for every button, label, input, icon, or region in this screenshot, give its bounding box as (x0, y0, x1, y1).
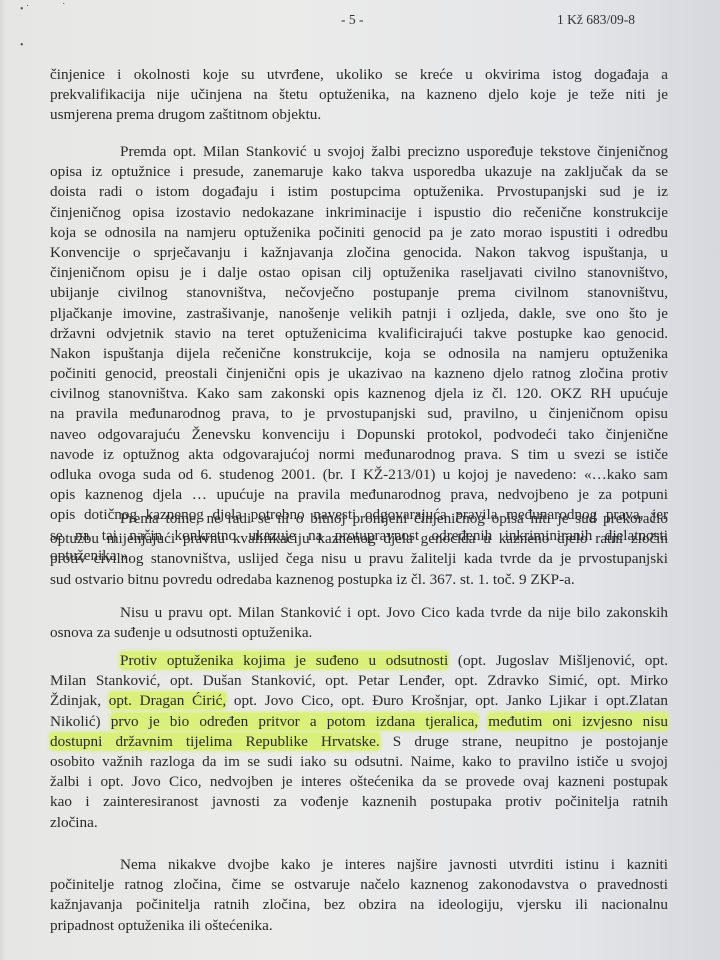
text-line: činjenice i okolnosti koje su utvrđene, … (50, 65, 668, 85)
text-line: opis kaznenog djela … upućuje na pravila… (50, 485, 668, 505)
text-line: žalbi i opt. Jovo Cico, nedvojben je int… (50, 772, 668, 792)
text-line: Ždinjak, opt. Dragan Ćirić, opt. Jovo Ci… (50, 691, 668, 711)
text-line: doista radi o istom događaju i istim pos… (50, 182, 668, 202)
highlighted-text: dostupni državnim tijelima Republike Hrv… (50, 733, 380, 750)
text-line: državni odvjetnik stavio na teret optuže… (50, 324, 668, 344)
paragraph-public-interest: Nema nikakve dvojbe kako je interes najš… (50, 855, 668, 936)
text-line: počinitelje ratnog zločina, čime se ostv… (50, 875, 668, 895)
text-line: Nakon ispuštanja dijela rečenične konstr… (50, 344, 668, 364)
paragraph-defendants-absent: Protiv optuženika kojima je suđeno u ods… (50, 651, 668, 833)
text-line: na pravila međunarodnog prava, to je prv… (50, 404, 668, 424)
text-line: dostupni državnim tijelima Republike Hrv… (50, 732, 668, 752)
paragraph-description-comparison: Premda opt. Milan Stanković u svojoj žal… (50, 142, 668, 566)
text-segment: S druge strane, neupitno je postojanje (380, 733, 668, 750)
highlighted-text: prvo je bio određen pritvor a potom izda… (111, 713, 478, 730)
text-segment: osobito važnih razloga da im se sudi iak… (50, 753, 668, 770)
paragraph-no-essential-change: Prema tome, ne radi se ni o bitnoj promj… (50, 509, 668, 590)
text-line: Milan Stanković, opt. Dušan Stanković, o… (50, 671, 668, 691)
text-line: koja se odnosila na namjeru optuženika p… (50, 223, 668, 243)
text-segment: Milan Stanković, opt. Dušan Stanković, o… (50, 672, 668, 689)
text-line: Protiv optuženika kojima je suđeno u ods… (50, 651, 668, 671)
text-line: činjeničnom opisu je i dalje ostao opisa… (50, 263, 668, 283)
text-segment: (opt. Jugoslav Mišljenović, opt. (448, 652, 668, 669)
text-line: pljačkanje imovine, zastrašivanje, nanoš… (50, 304, 668, 324)
case-number: 1 Kž 683/09-8 (557, 12, 635, 28)
text-segment: Nikolić) (50, 713, 111, 730)
text-segment (478, 713, 488, 730)
text-line: Konvencije o sprječavanju i kažnjavanja … (50, 243, 668, 263)
text-segment: Ždinjak, (50, 692, 109, 709)
text-line: zločina. (50, 813, 668, 833)
text-line: pripadnost optuženika ili oštećenika. (50, 916, 668, 936)
page-number: - 5 - (341, 12, 364, 28)
text-line: Nikolić) prvo je bio određen pritvor a p… (50, 712, 668, 732)
text-line: sud ostvario bitnu povredu odredaba kazn… (50, 570, 668, 590)
text-line: odluka ovoga suda od 6. studenog 2001. (… (50, 465, 668, 485)
text-line: osnova za suđenje u odsutnosti optuženik… (50, 623, 668, 643)
text-line: opisa iz optužnice i presude, zanemaruje… (50, 162, 668, 182)
text-line: činjeničnog opisa izostavio nedokazane i… (50, 203, 668, 223)
paragraph-trial-in-absentia: Nisu u pravu opt. Milan Stanković i opt.… (50, 603, 668, 643)
text-line: ubijanje civilnog stanovništva, nečovječ… (50, 283, 668, 303)
paragraph-continuation: činjenice i okolnosti koje su utvrđene, … (50, 65, 668, 126)
text-line: prekvalifikacija nije učinjena na štetu … (50, 85, 668, 105)
text-line: Nisu u pravu opt. Milan Stanković i opt.… (50, 603, 668, 623)
text-line: navode iz optužnog akta odgovarajućoj no… (50, 445, 668, 465)
page-edge (0, 0, 6, 960)
text-line: Prema tome, ne radi se ni o bitnoj promj… (50, 509, 668, 529)
text-line: kažnjavanja počinitelja ratnih zločina, … (50, 895, 668, 915)
text-line: civilnog stanovništva. Kako sam zakonski… (50, 384, 668, 404)
text-line: Premda opt. Milan Stanković u svojoj žal… (50, 142, 668, 162)
text-line: optužbu mijenjajući pravnu kvalifikaciju… (50, 529, 668, 549)
text-segment: kao i zainteresiranost javnosti za vođen… (50, 793, 668, 810)
text-segment: žalbi i opt. Jovo Cico, nedvojben je int… (50, 773, 668, 790)
text-line: naveo odgovarajuću Ženevsku konvenciju i… (50, 425, 668, 445)
highlighted-text: međutim oni izvjesno nisu (488, 713, 668, 730)
text-line: Nema nikakve dvojbe kako je interes najš… (50, 855, 668, 875)
highlighted-text: Protiv optuženika kojima je suđeno u ods… (120, 652, 448, 669)
page-header: - 5 - 1 Kž 683/09-8 (0, 6, 720, 26)
text-line: počiniti genocid, preostali činjenični o… (50, 364, 668, 384)
highlighted-text: opt. Dragan Ćirić, (109, 692, 226, 709)
text-segment: zločina. (50, 814, 98, 831)
scan-speck: • (20, 40, 24, 51)
text-line: usmjerena prema drugom zaštitnom objektu… (50, 105, 668, 125)
text-line: protiv civilnog stanovništva, uslijed če… (50, 549, 668, 569)
text-segment: opt. Jovo Cico, opt. Đuro Krošnjar, opt.… (226, 692, 668, 709)
text-line: osobito važnih razloga da im se sudi iak… (50, 752, 668, 772)
text-line: kao i zainteresiranost javnosti za vođen… (50, 792, 668, 812)
